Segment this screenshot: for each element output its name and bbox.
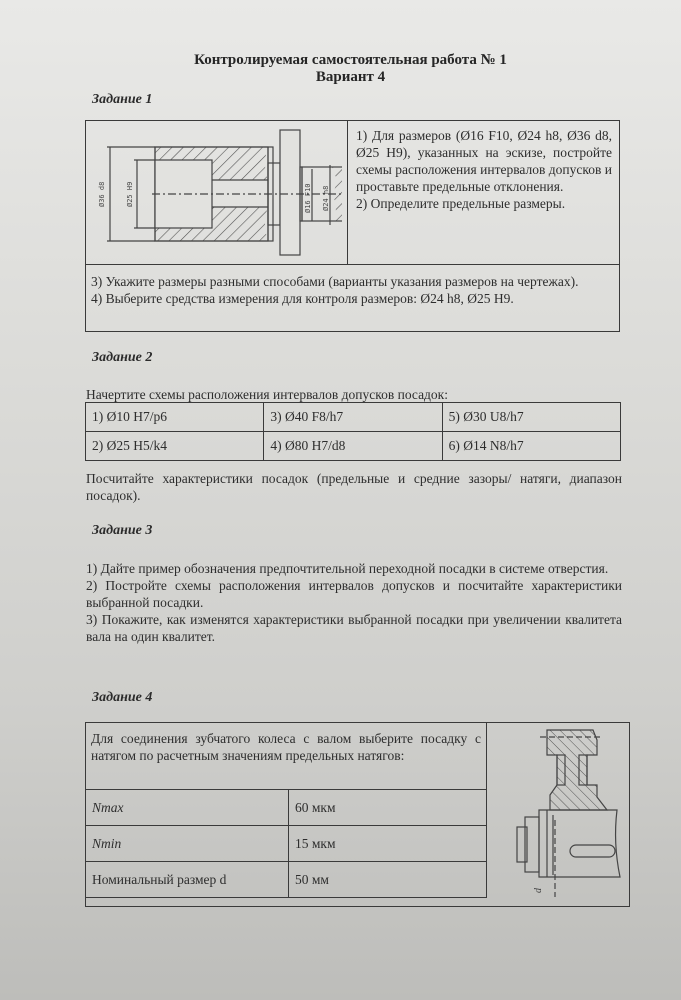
nmin-value: 15 мкм bbox=[289, 826, 487, 862]
task4-gear-shaft-drawing: d bbox=[495, 725, 625, 905]
task1-item-2: 2) Определите предельные размеры. bbox=[356, 195, 612, 212]
table-row: 1) Ø10 H7/p6 3) Ø40 F8/h7 5) Ø30 U8/h7 bbox=[86, 403, 621, 432]
variant-title: Вариант 4 bbox=[10, 69, 681, 86]
task2-outro: Посчитайте характеристики посадок (преде… bbox=[86, 470, 622, 504]
fit-cell: 6) Ø14 N8/h7 bbox=[442, 432, 620, 461]
task3-instructions: 1) Дайте пример обозначения предпочтител… bbox=[86, 560, 622, 645]
task1-instructions: 1) Для размеров (Ø16 F10, Ø24 h8, Ø36 d8… bbox=[356, 127, 612, 212]
task1-divider bbox=[85, 264, 620, 266]
task3-heading: Задание 3 bbox=[92, 523, 152, 539]
task1-item-1: 1) Для размеров (Ø16 F10, Ø24 h8, Ø36 d8… bbox=[356, 127, 612, 195]
fit-cell: 2) Ø25 H5/k4 bbox=[86, 432, 264, 461]
task4-values-table: Nmax 60 мкм Nmin 15 мкм Номинальный разм… bbox=[85, 789, 487, 898]
nmax-label: Nmax bbox=[86, 790, 289, 826]
task4-intro: Для соединения зубчатого колеса с валом … bbox=[91, 730, 481, 764]
fit-cell: 5) Ø30 U8/h7 bbox=[442, 403, 620, 432]
nmin-label: Nmin bbox=[86, 826, 289, 862]
nominal-size-value: 50 мм bbox=[289, 862, 487, 898]
task1-heading: Задание 1 bbox=[92, 92, 152, 108]
task2-heading: Задание 2 bbox=[92, 350, 152, 366]
fit-cell: 4) Ø80 H7/d8 bbox=[264, 432, 442, 461]
nmax-value: 60 мкм bbox=[289, 790, 487, 826]
task4-heading: Задание 4 bbox=[92, 690, 152, 706]
nominal-size-label: Номинальный размер d bbox=[86, 862, 289, 898]
task1-item-4: 4) Выберите средства измерения для контр… bbox=[91, 290, 613, 307]
task1-item-3: 3) Укажите размеры разными способами (ва… bbox=[91, 273, 613, 290]
dim-label-d36: Ø36 d8 bbox=[98, 182, 106, 207]
fit-cell: 3) Ø40 F8/h7 bbox=[264, 403, 442, 432]
table-row: 2) Ø25 H5/k4 4) Ø80 H7/d8 6) Ø14 N8/h7 bbox=[86, 432, 621, 461]
task2-fits-table: 1) Ø10 H7/p6 3) Ø40 F8/h7 5) Ø30 U8/h7 2… bbox=[85, 402, 621, 461]
table-row: Номинальный размер d 50 мм bbox=[86, 862, 487, 898]
table-row: Nmin 15 мкм bbox=[86, 826, 487, 862]
dim-label-d24: Ø24 h8 bbox=[322, 186, 330, 211]
dim-label-d16: Ø16 F10 bbox=[304, 183, 312, 213]
document-page: Контролируемая самостоятельная работа № … bbox=[0, 0, 681, 1000]
task3-item-2: 2) Постройте схемы расположения интервал… bbox=[86, 577, 622, 611]
document-title: Контролируемая самостоятельная работа № … bbox=[10, 52, 681, 69]
dim-label-d25: Ø25 H9 bbox=[126, 182, 134, 207]
task1-right-dims: Ø16 F10 Ø24 h8 bbox=[300, 165, 348, 225]
task3-item-1: 1) Дайте пример обозначения предпочтител… bbox=[86, 560, 622, 577]
fit-cell: 1) Ø10 H7/p6 bbox=[86, 403, 264, 432]
task1-bottom-instructions: 3) Укажите размеры разными способами (ва… bbox=[91, 273, 613, 307]
task3-item-3: 3) Покажите, как изменятся характеристик… bbox=[86, 611, 622, 645]
gear-d-label: d bbox=[533, 887, 544, 893]
task2-intro: Начертите схемы расположения интервалов … bbox=[86, 386, 448, 403]
table-row: Nmax 60 мкм bbox=[86, 790, 487, 826]
